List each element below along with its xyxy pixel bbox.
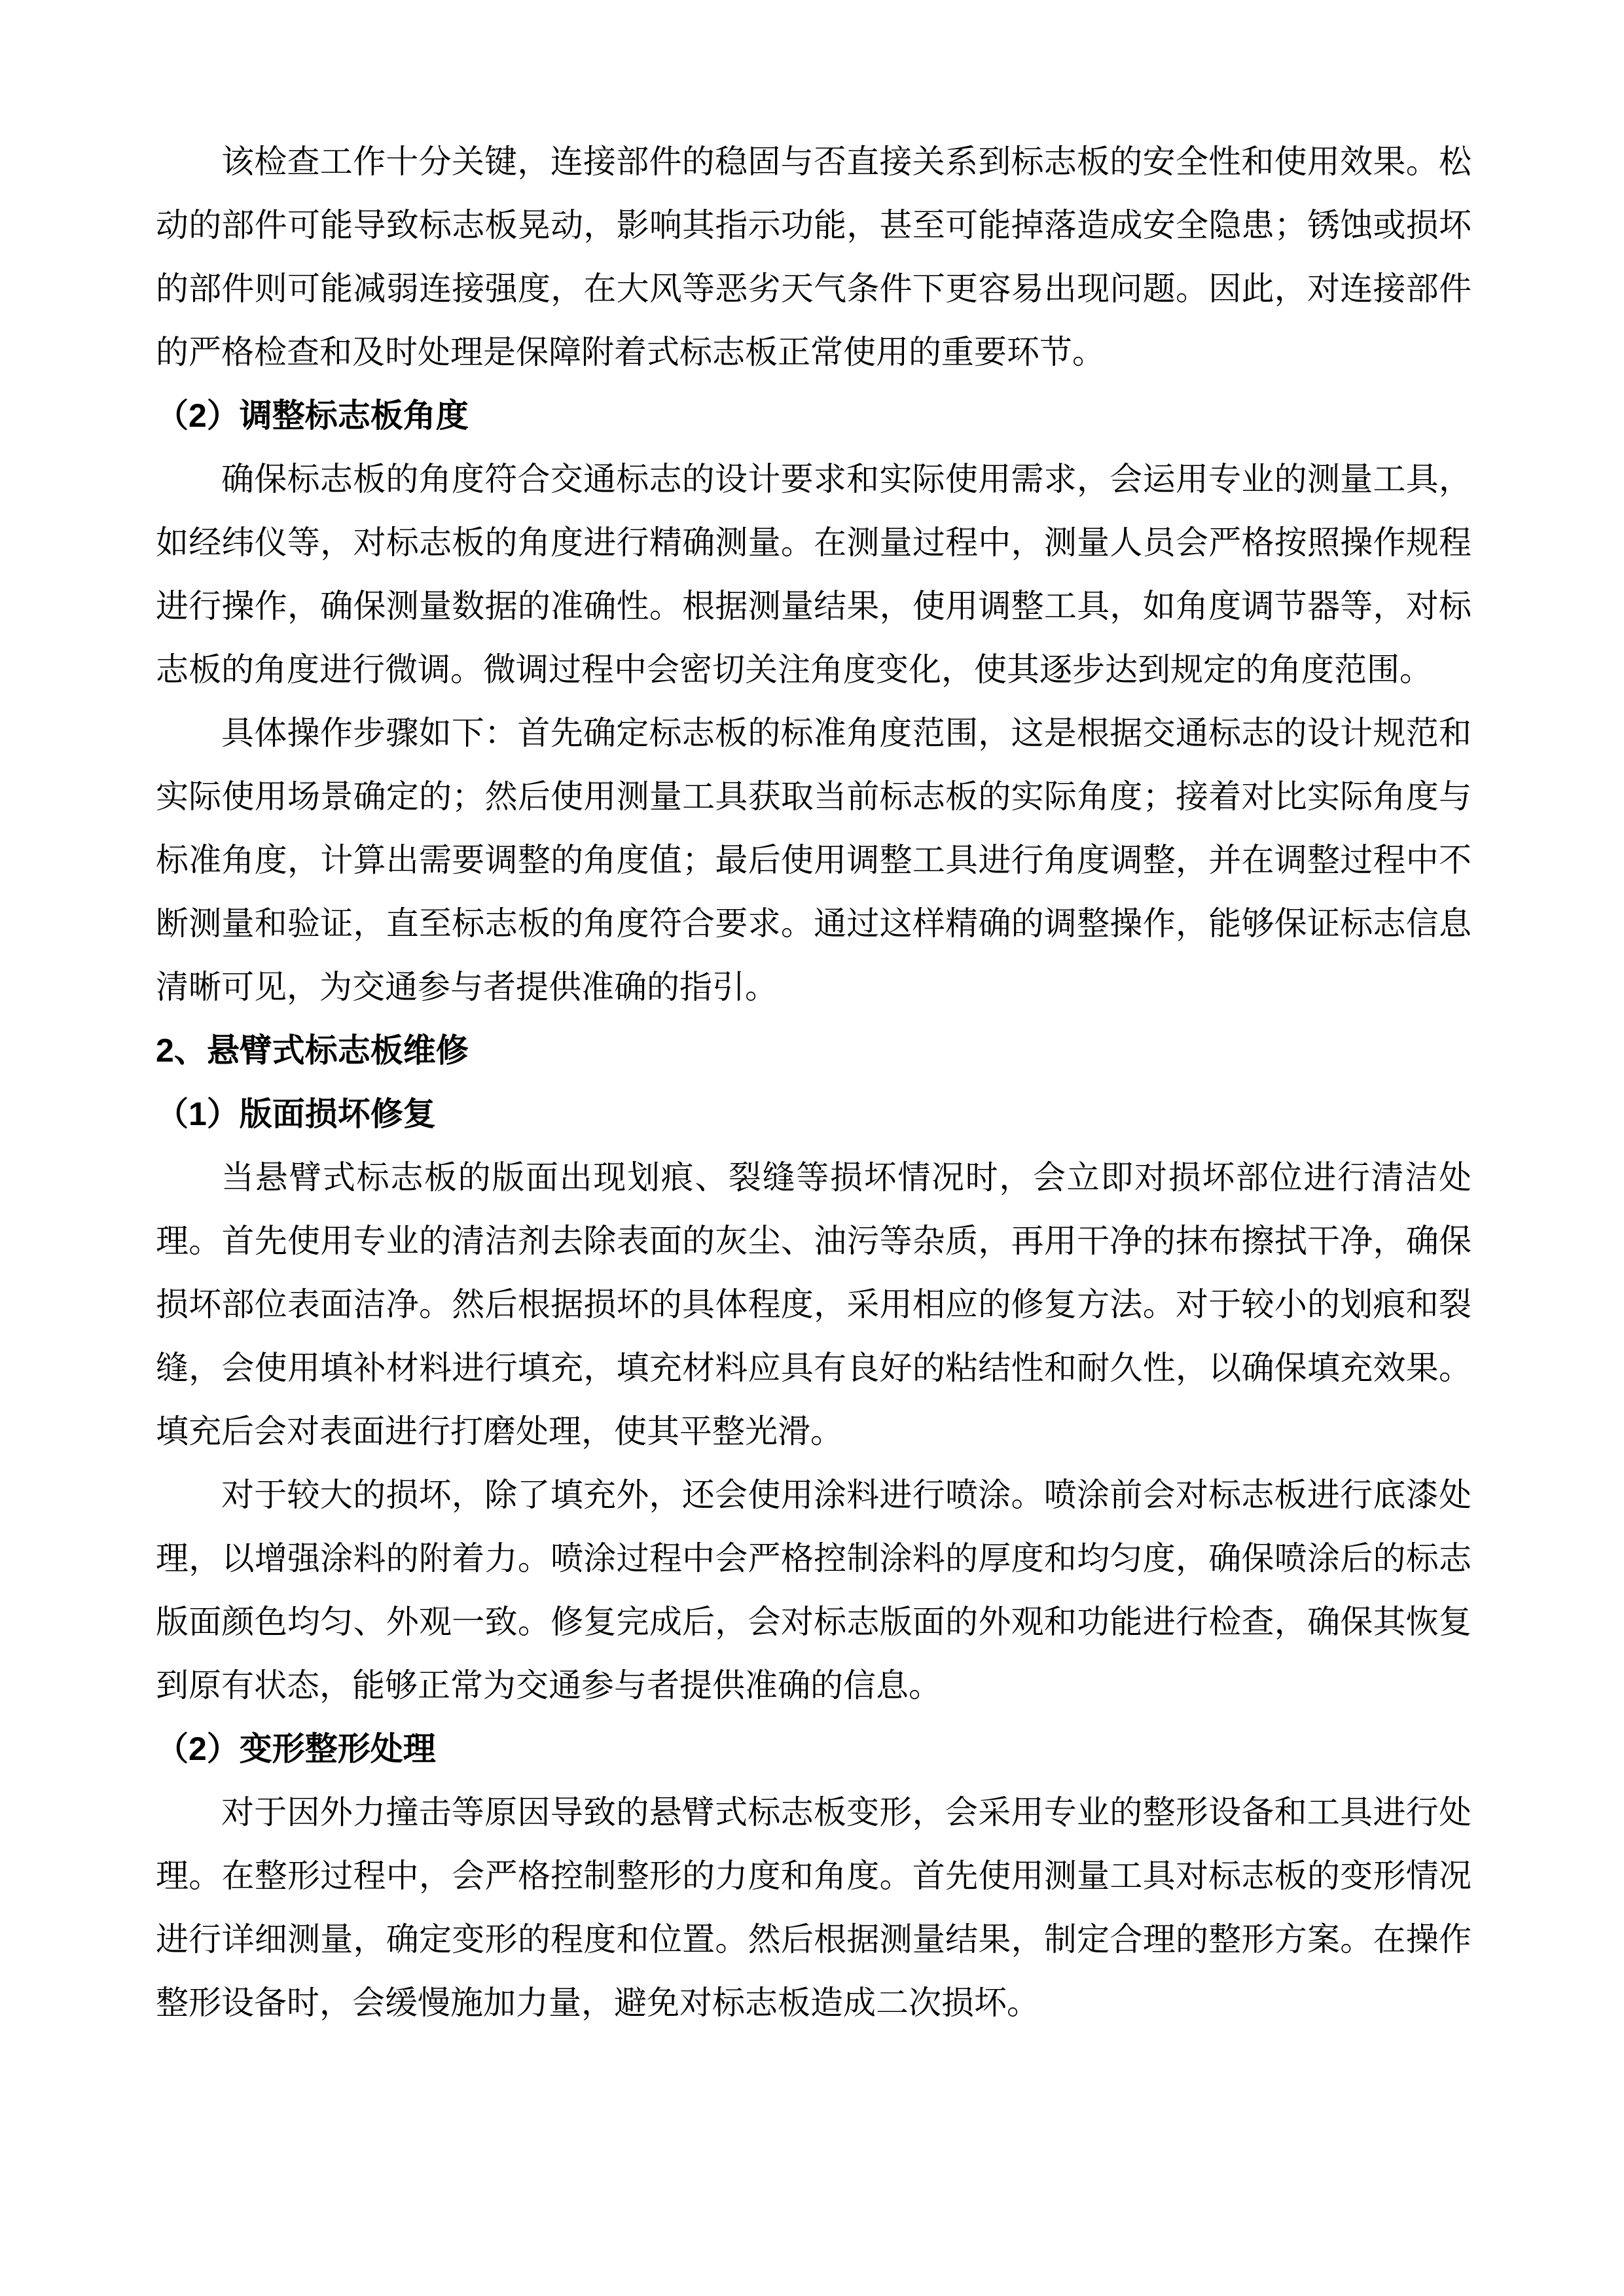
paragraph-angle-measurement: 确保标志板的角度符合交通标志的设计要求和实际使用需求，会运用专业的测量工具，如经… <box>156 448 1471 702</box>
heading-cantilever-sign-repair: 2、悬臂式标志板维修 <box>156 1019 1471 1083</box>
paragraph-panel-clean-and-fill: 当悬臂式标志板的版面出现划痕、裂缝等损坏情况时，会立即对损坏部位进行清洁处理。首… <box>156 1146 1471 1463</box>
paragraph-deformation-treatment: 对于因外力撞击等原因导致的悬臂式标志板变形，会采用专业的整形设备和工具进行处理。… <box>156 1781 1471 2035</box>
paragraph-angle-adjust-steps: 具体操作步骤如下：首先确定标志板的标准角度范围，这是根据交通标志的设计规范和实际… <box>156 702 1471 1019</box>
heading-adjust-sign-angle: （2）调整标志板角度 <box>156 384 1471 448</box>
paragraph-panel-spray-coating: 对于较大的损坏，除了填充外，还会使用涂料进行喷涂。喷涂前会对标志板进行底漆处理，… <box>156 1463 1471 1717</box>
document-page: 该检查工作十分关键，连接部件的稳固与否直接关系到标志板的安全性和使用效果。松动的… <box>0 0 1624 2296</box>
document-content: 该检查工作十分关键，连接部件的稳固与否直接关系到标志板的安全性和使用效果。松动的… <box>156 130 1471 2035</box>
heading-deformation-reshaping: （2）变形整形处理 <box>156 1717 1471 1781</box>
heading-panel-damage-repair: （1）版面损坏修复 <box>156 1083 1471 1146</box>
paragraph-connection-parts-check: 该检查工作十分关键，连接部件的稳固与否直接关系到标志板的安全性和使用效果。松动的… <box>156 130 1471 384</box>
